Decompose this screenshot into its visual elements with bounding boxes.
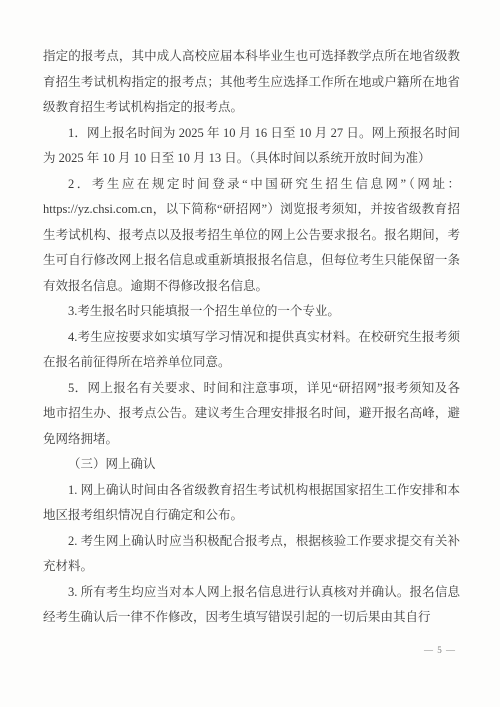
para-item2-website-registration: 2．考生应在规定时间登录“中国研究生招生信息网”（网址：https://yz.c… bbox=[43, 172, 460, 300]
document-page: 指定的报考点，其中成人高校应届本科毕业生也可选择教学点所在地省级教育招生考试机构… bbox=[0, 0, 500, 707]
para-confirm1-time-announcement: 1. 网上确认时间由各省级教育招生考试机构根据国家招生工作安排和本地区报考组织情… bbox=[43, 478, 460, 529]
para-confirm3-information-verification: 3. 所有考生均应当对本人网上报名信息进行认真核对并确认。报名信息经考生确认后一… bbox=[43, 580, 460, 631]
para-item4-truthful-materials: 4.考生应按要求如实填写学习情况和提供真实材料。在校研究生报考须在报名前征得所在… bbox=[43, 325, 460, 376]
para-exam-point-continued: 指定的报考点，其中成人高校应届本科毕业生也可选择教学点所在地省级教育招生考试机构… bbox=[43, 44, 460, 121]
para-item3-one-unit-one-major: 3.考生报名时只能填报一个招生单位的一个专业。 bbox=[43, 299, 460, 325]
para-confirm2-supplementary-materials: 2. 考生网上确认时应当积极配合报考点，根据核验工作要求提交有关补充材料。 bbox=[43, 529, 460, 580]
para-item1-registration-time: 1．网上报名时间为 2025 年 10 月 16 日至 10 月 27 日。网上… bbox=[43, 121, 460, 172]
heading-online-confirmation: （三）网上确认 bbox=[43, 452, 460, 478]
para-item5-registration-notes: 5．网上报名有关要求、时间和注意事项，详见“研招网”报考须知及各地市招生办、报考… bbox=[43, 376, 460, 453]
document-body: 指定的报考点，其中成人高校应届本科毕业生也可选择教学点所在地省级教育招生考试机构… bbox=[43, 44, 460, 631]
page-number: — 5 — bbox=[424, 644, 456, 656]
